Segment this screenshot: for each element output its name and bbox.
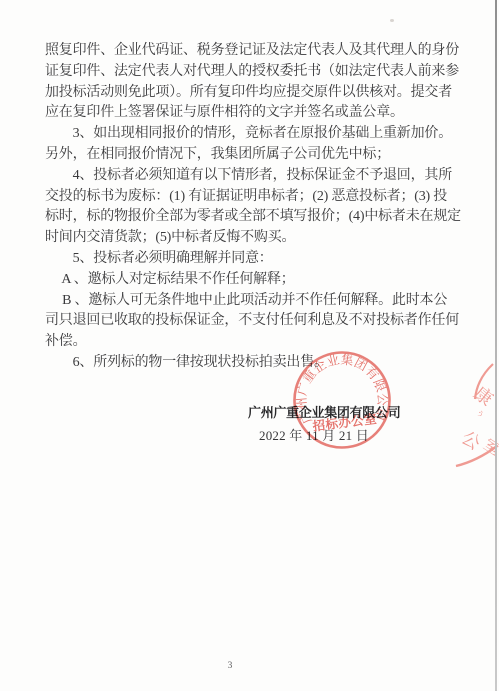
text-line: 5、投标者必须明确理解并同意： (45, 249, 469, 270)
text-line: 加投标活动则免此项）。所有复印件均应提交原件以供核对。提交者 (45, 83, 469, 104)
text-line: 4、投标者必须知道有以下情形者，投标保证金不予退回，其所 (45, 166, 469, 187)
text-line: 时间内交清货款；(5)中标者反悔不购买。 (45, 228, 469, 249)
text-line: 司只退回已收取的投标保证金，不支付任何利息及不对投标者作任何 (45, 311, 469, 332)
text-line: A 、邀标人对定标结果不作任何解释； (45, 270, 469, 291)
page-number: 3 (222, 661, 238, 671)
text-line: 补偿。 (45, 332, 469, 353)
text-line: 证复印件、法定代表人对代理人的授权委托书（如法定代表人前来参 (45, 62, 469, 83)
signature-company-name: 广州广重企业集团有限公司 (248, 402, 400, 421)
text-line: B 、邀标人可无条件地中止此项活动并不作任何解释。此时本公 (45, 291, 469, 312)
body-text: 照复印件、企业代码证、税务登记证及法定代表人及其代理人的身份 证复印件、法定代表… (45, 41, 469, 374)
edge-stamp-char-top: 康 (470, 383, 496, 410)
text-line: 标时，标的物报价全部为零者或全部不填写报价；(4)中标者未在规定 (45, 207, 469, 228)
text-line: 6、所列标的物一律按现状投标拍卖出售。 (45, 353, 469, 374)
scan-edge-line (495, 0, 497, 691)
edge-partial-stamp: 康 ぅ 公 室 (456, 364, 499, 466)
scanned-document-page: 照复印件、企业代码证、税务登记证及法定代表人及其代理人的身份 证复印件、法定代表… (0, 0, 499, 691)
svg-text:ぅ: ぅ (474, 406, 487, 419)
text-line: 交投的标书为废标：(1) 有证据证明串标者；(2) 恶意投标者；(3) 投 (45, 187, 469, 208)
text-line: 照复印件、企业代码证、税务登记证及法定代表人及其代理人的身份 (45, 41, 469, 62)
signature-date: 2022 年 11 月 21 日 (259, 425, 369, 444)
scan-speck (390, 19, 394, 22)
edge-stamp-char-mid: 公 (458, 427, 484, 454)
text-line: 应在复印件上签署保证与原件相符的文字并签名或盖公章。 (45, 103, 469, 124)
text-line: 3、如出现相同报价的情形，竞标者在原报价基础上重新加价。 (45, 124, 469, 145)
text-line: 另外，在相同报价情况下，我集团所属子公司优先中标； (45, 145, 469, 166)
